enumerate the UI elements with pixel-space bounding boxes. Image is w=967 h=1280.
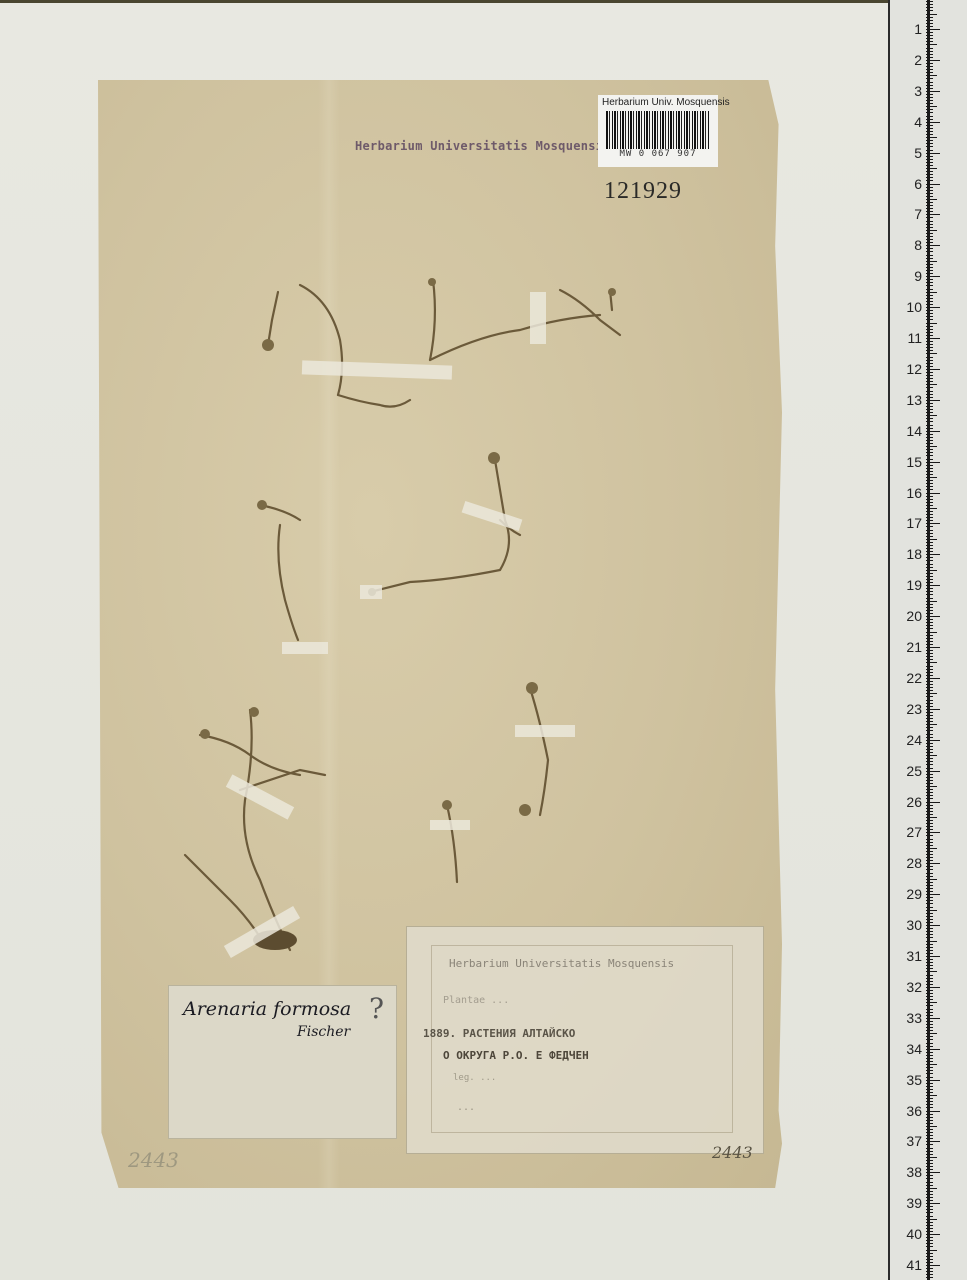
ruler-tick <box>926 329 933 330</box>
ruler-tick <box>926 477 937 478</box>
ruler-tick <box>926 1117 933 1118</box>
ruler-tick <box>926 480 933 481</box>
ruler-tick <box>926 54 933 55</box>
ruler-tick <box>926 57 933 58</box>
ruler-tick <box>926 1212 933 1213</box>
ruler-tick <box>926 1154 933 1155</box>
ruler-label: 22 <box>892 671 922 685</box>
ruler-tick <box>926 131 933 132</box>
ruler-tick <box>926 641 933 642</box>
ruler-tick <box>926 125 933 126</box>
ruler-tick <box>926 564 933 565</box>
ruler-tick <box>926 607 933 608</box>
ruler-tick <box>926 635 933 636</box>
ruler-tick <box>926 63 933 64</box>
ruler-tick <box>926 582 933 583</box>
ruler-tick <box>926 261 937 262</box>
ruler-tick <box>926 7 933 8</box>
ruler-tick <box>926 1 933 2</box>
ruler-tick <box>926 341 933 342</box>
ruler-tick <box>926 598 933 599</box>
ruler-tick <box>926 428 933 429</box>
ruler-tick <box>926 928 933 929</box>
ruler-tick <box>926 1138 933 1139</box>
ruler-tick <box>926 1166 933 1167</box>
ruler-tick <box>926 638 933 639</box>
ruler-tick <box>926 632 937 633</box>
ruler-tick <box>926 412 933 413</box>
ruler-label: 25 <box>892 764 922 778</box>
ruler-tick <box>926 1141 940 1142</box>
ruler-tick <box>926 560 933 561</box>
ruler-tick <box>926 1151 933 1152</box>
ruler-tick <box>926 1126 937 1127</box>
ruler-tick <box>926 227 933 228</box>
tape-strip <box>530 292 546 344</box>
ruler-tick <box>926 1120 933 1121</box>
ruler-label: 40 <box>892 1227 922 1241</box>
ruler-tick <box>926 1160 933 1161</box>
ruler-tick <box>926 802 940 803</box>
ruler-tick <box>926 715 933 716</box>
ruler-tick <box>926 270 933 271</box>
ruler-tick <box>926 146 933 147</box>
ruler-tick <box>926 258 933 259</box>
ruler-tick <box>926 1246 933 1247</box>
collection-label-line3: 1889. РАСТЕНИЯ АЛТАЙСКО <box>423 1027 575 1040</box>
ruler-tick <box>926 814 933 815</box>
ruler-tick <box>926 51 933 52</box>
ruler-tick <box>926 48 933 49</box>
ruler-tick <box>926 1259 933 1260</box>
ruler-tick <box>926 282 933 283</box>
ruler-tick <box>926 672 933 673</box>
ruler-tick <box>926 774 933 775</box>
ruler-label: 3 <box>892 84 922 98</box>
ruler-tick <box>926 737 933 738</box>
ruler-tick <box>926 437 933 438</box>
ruler-tick <box>926 953 933 954</box>
ruler-tick <box>926 452 933 453</box>
ruler-tick <box>926 644 933 645</box>
ruler-tick <box>926 876 933 877</box>
ruler-tick <box>926 1092 933 1093</box>
ruler-tick <box>926 486 933 487</box>
ruler-tick <box>926 684 933 685</box>
ruler-tick <box>926 795 933 796</box>
ruler-tick <box>926 313 933 314</box>
ruler-tick <box>926 109 933 110</box>
ruler-tick <box>926 1265 940 1266</box>
ruler-tick <box>926 360 933 361</box>
ruler-tick <box>926 455 933 456</box>
ruler-tick <box>926 842 933 843</box>
ruler-tick <box>926 777 933 778</box>
ruler-tick <box>926 236 933 237</box>
ruler-tick <box>926 415 937 416</box>
ruler-tick <box>926 656 933 657</box>
ruler-tick <box>926 1144 933 1145</box>
ruler-label: 32 <box>892 980 922 994</box>
ruler-tick <box>926 808 933 809</box>
ruler-tick <box>926 375 933 376</box>
collection-label: Herbarium Universitatis Mosquensis Plant… <box>406 926 764 1154</box>
ruler-tick <box>926 922 933 923</box>
ruler-tick <box>926 372 933 373</box>
ruler-tick <box>926 338 940 339</box>
ruler-label: 12 <box>892 362 922 376</box>
ruler-tick <box>926 119 933 120</box>
ruler-tick <box>926 1234 940 1235</box>
ruler-tick <box>926 570 937 571</box>
ruler-tick <box>926 347 933 348</box>
ruler-label: 7 <box>892 207 922 221</box>
ruler-label: 10 <box>892 300 922 314</box>
ruler-tick <box>926 1046 933 1047</box>
ruler-tick <box>926 706 933 707</box>
ruler-tick <box>926 4 933 5</box>
ruler-tick <box>926 369 940 370</box>
ruler-tick <box>926 465 933 466</box>
ruler-tick <box>926 264 933 265</box>
ruler-tick <box>926 879 937 880</box>
ruler-tick <box>926 690 933 691</box>
ruler-tick <box>926 832 940 833</box>
ruler-tick <box>926 425 933 426</box>
ruler-tick <box>926 1200 933 1201</box>
collection-label-line4: О ОКРУГА Р.О. Е ФЕДЧЕН <box>443 1049 589 1062</box>
ruler-tick <box>926 381 933 382</box>
ruler-tick <box>926 786 937 787</box>
ruler-tick <box>926 591 933 592</box>
ruler-tick <box>926 468 933 469</box>
ruler-tick <box>926 14 937 15</box>
ruler-tick <box>926 217 933 218</box>
ruler-tick <box>926 1030 933 1031</box>
ruler-tick <box>926 122 940 123</box>
ruler-tick <box>926 567 933 568</box>
ruler-tick <box>926 69 933 70</box>
ruler-tick <box>926 493 940 494</box>
ruler-tick <box>926 950 933 951</box>
ruler-tick <box>926 378 933 379</box>
ruler-tick <box>926 517 933 518</box>
ruler-tick <box>926 184 940 185</box>
ruler-tick <box>926 941 937 942</box>
ruler-tick <box>926 625 933 626</box>
ruler-tick <box>926 35 933 36</box>
ruler-tick <box>926 196 933 197</box>
ruler-tick <box>926 440 933 441</box>
ruler-tick <box>926 326 933 327</box>
ruler-tick <box>926 978 933 979</box>
ruler-tick <box>926 248 933 249</box>
ruler-tick <box>926 1148 933 1149</box>
ruler-tick <box>926 1231 933 1232</box>
ruler-tick <box>926 1240 933 1241</box>
ruler-tick <box>926 387 933 388</box>
ruler-tick <box>926 82 933 83</box>
ruler-tick <box>926 514 933 515</box>
ruler-tick <box>926 295 933 296</box>
ruler-tick <box>926 211 933 212</box>
ruler-tick <box>926 768 933 769</box>
ruler-tick <box>926 1015 933 1016</box>
ruler-tick <box>926 755 937 756</box>
ruler-tick <box>926 1157 937 1158</box>
ruler-label: 19 <box>892 578 922 592</box>
ruler-tick <box>926 1163 933 1164</box>
ruler-tick <box>926 1135 933 1136</box>
ruler-tick <box>926 17 933 18</box>
ruler-tick <box>926 1039 933 1040</box>
ruler-tick <box>926 301 933 302</box>
ruler-tick <box>926 1132 933 1133</box>
ruler-tick <box>926 857 933 858</box>
ruler-tick <box>926 363 933 364</box>
ruler-tick <box>926 1077 933 1078</box>
ruler-tick <box>926 891 933 892</box>
ruler-tick <box>926 1027 933 1028</box>
ruler-tick <box>926 678 940 679</box>
ruler-tick <box>926 1033 937 1034</box>
ruler-tick <box>926 523 940 524</box>
ruler-tick <box>926 483 933 484</box>
ruler-tick <box>926 1052 933 1053</box>
ruler-tick <box>926 771 940 772</box>
ruler-tick <box>926 669 933 670</box>
ruler-tick <box>926 730 933 731</box>
ruler-tick <box>926 1250 937 1251</box>
ruler-tick <box>926 526 933 527</box>
taxon-name: Arenaria formosa <box>183 998 351 1020</box>
tape-strip <box>515 725 575 737</box>
ruler-tick <box>926 150 933 151</box>
ruler-tick <box>926 418 933 419</box>
ruler-tick <box>926 551 933 552</box>
ruler-tick <box>926 944 933 945</box>
ruler-tick <box>926 391 933 392</box>
ruler-tick <box>926 94 933 95</box>
ruler-label: 1 <box>892 22 922 36</box>
ruler-tick <box>926 687 933 688</box>
ruler-label: 38 <box>892 1165 922 1179</box>
ruler-tick <box>926 1169 933 1170</box>
ruler-tick <box>926 1203 940 1204</box>
ruler-tick <box>926 230 937 231</box>
ruler-tick <box>926 573 933 574</box>
ruler-tick <box>926 245 940 246</box>
ruler-tick <box>926 885 933 886</box>
ruler-tick <box>926 956 940 957</box>
ruler-tick <box>926 335 933 336</box>
ruler-tick <box>926 1228 933 1229</box>
ruler-tick <box>926 511 933 512</box>
ruler-tick <box>926 783 933 784</box>
ruler-tick <box>926 168 937 169</box>
ruler-tick <box>926 724 937 725</box>
ruler-tick <box>926 539 937 540</box>
ruler-tick <box>926 421 933 422</box>
ruler-label: 2 <box>892 53 922 67</box>
ruler-tick <box>926 993 933 994</box>
ruler-tick <box>926 1262 933 1263</box>
ruler-tick <box>926 137 937 138</box>
ruler-tick <box>926 866 933 867</box>
ruler-tick <box>926 279 933 280</box>
ruler-tick <box>926 557 933 558</box>
determination-label: Arenaria formosa Fischer ? <box>168 985 397 1139</box>
ruler-tick <box>926 965 933 966</box>
ruler-tick <box>926 193 933 194</box>
uncertainty-mark: ? <box>369 992 384 1025</box>
ruler-tick <box>926 981 933 982</box>
ruler-tick <box>926 811 933 812</box>
ruler-tick <box>926 298 933 299</box>
ruler-tick <box>926 1243 933 1244</box>
ruler-tick <box>926 835 933 836</box>
ruler-tick <box>926 255 933 256</box>
ruler-tick <box>926 66 933 67</box>
collection-label-line5: leg. ... <box>453 1073 496 1083</box>
pencil-number-left: 2443 <box>128 1148 179 1172</box>
ruler-tick <box>926 533 933 534</box>
ruler-tick <box>926 221 933 222</box>
ruler-label: 20 <box>892 609 922 623</box>
ruler-label: 26 <box>892 795 922 809</box>
ruler-tick <box>926 925 940 926</box>
ruler-tick <box>926 903 933 904</box>
ruler-tick <box>926 727 933 728</box>
ruler-tick <box>926 931 933 932</box>
collection-label-line6: ... <box>457 1102 475 1113</box>
ruler-tick <box>926 190 933 191</box>
ruler-tick <box>926 103 933 104</box>
ruler-tick <box>926 505 933 506</box>
ruler-tick <box>926 1049 940 1050</box>
ruler-tick <box>926 894 940 895</box>
ruler-tick <box>926 601 937 602</box>
ruler-tick <box>926 32 933 33</box>
ruler-tick <box>926 350 933 351</box>
ruler-tick <box>926 675 933 676</box>
ruler-tick <box>926 106 937 107</box>
ruler-label: 17 <box>892 516 922 530</box>
ruler-tick <box>926 75 937 76</box>
ruler-tick <box>926 873 933 874</box>
ruler-tick <box>926 863 940 864</box>
ruler-tick <box>926 242 933 243</box>
ruler-tick <box>926 910 937 911</box>
ruler-tick <box>926 366 933 367</box>
ruler-tick <box>926 44 937 45</box>
ruler-tick <box>926 434 933 435</box>
ruler-tick <box>926 409 933 410</box>
ruler-tick <box>926 171 933 172</box>
ruler-tick <box>926 1175 933 1176</box>
ruler-tick <box>926 588 933 589</box>
ruler-tick <box>926 112 933 113</box>
ruler-tick <box>926 647 940 648</box>
ruler-tick <box>926 616 940 617</box>
ruler-tick <box>926 554 940 555</box>
ruler-tick <box>926 174 933 175</box>
ruler-tick <box>926 897 933 898</box>
tape-strip <box>282 642 328 654</box>
ruler-tick <box>926 820 933 821</box>
ruler-tick <box>926 576 933 577</box>
ruler-tick <box>926 1216 933 1217</box>
ruler-tick <box>926 100 933 101</box>
ruler-label: 6 <box>892 177 922 191</box>
ruler-label: 8 <box>892 238 922 252</box>
ruler-tick <box>926 165 933 166</box>
ruler-tick <box>926 1225 933 1226</box>
ruler-tick <box>926 1067 933 1068</box>
ruler-tick <box>926 761 933 762</box>
ruler-tick <box>926 10 933 11</box>
ruler-tick <box>926 344 933 345</box>
ruler-tick <box>926 1021 933 1022</box>
ruler-label: 21 <box>892 640 922 654</box>
ruler-tick <box>926 1005 933 1006</box>
ruler-tick <box>926 143 933 144</box>
ruler-tick <box>926 594 933 595</box>
ruler-tick <box>926 310 933 311</box>
ruler-tick <box>926 1182 933 1183</box>
ruler-tick <box>926 792 933 793</box>
ruler-tick <box>926 1268 933 1269</box>
ruler-tick <box>926 758 933 759</box>
ruler-tick <box>926 316 933 317</box>
ruler-tick <box>926 239 933 240</box>
ruler-tick <box>926 357 933 358</box>
ruler-tick <box>926 273 933 274</box>
ruler-label: 37 <box>892 1134 922 1148</box>
ruler-tick <box>926 613 933 614</box>
ruler-tick <box>926 159 933 160</box>
ruler-tick <box>926 499 933 500</box>
ruler-label: 31 <box>892 949 922 963</box>
ruler-tick <box>926 128 933 129</box>
ruler-tick <box>926 959 933 960</box>
ruler-tick <box>926 743 933 744</box>
ruler-tick <box>926 520 933 521</box>
ruler-tick <box>926 968 933 969</box>
ruler-tick <box>926 307 940 308</box>
ruler-tick <box>926 187 933 188</box>
ruler-tick <box>926 823 933 824</box>
tape-strip <box>430 820 470 830</box>
ruler-tick <box>926 60 940 61</box>
ruler-tick <box>926 851 933 852</box>
ruler-tick <box>926 805 933 806</box>
ruler-tick <box>926 1253 933 1254</box>
ruler-label: 29 <box>892 887 922 901</box>
ruler-tick <box>926 530 933 531</box>
ruler-tick <box>926 41 933 42</box>
ruler-tick <box>926 397 933 398</box>
ruler-tick <box>926 619 933 620</box>
ruler-tick <box>926 403 933 404</box>
ruler-tick <box>926 975 933 976</box>
ruler-tick <box>926 384 937 385</box>
collection-label-line2: Plantae ... <box>443 995 509 1006</box>
ruler-tick <box>926 205 933 206</box>
ruler-tick <box>926 693 937 694</box>
ruler-tick <box>926 1086 933 1087</box>
ruler-tick <box>926 869 933 870</box>
